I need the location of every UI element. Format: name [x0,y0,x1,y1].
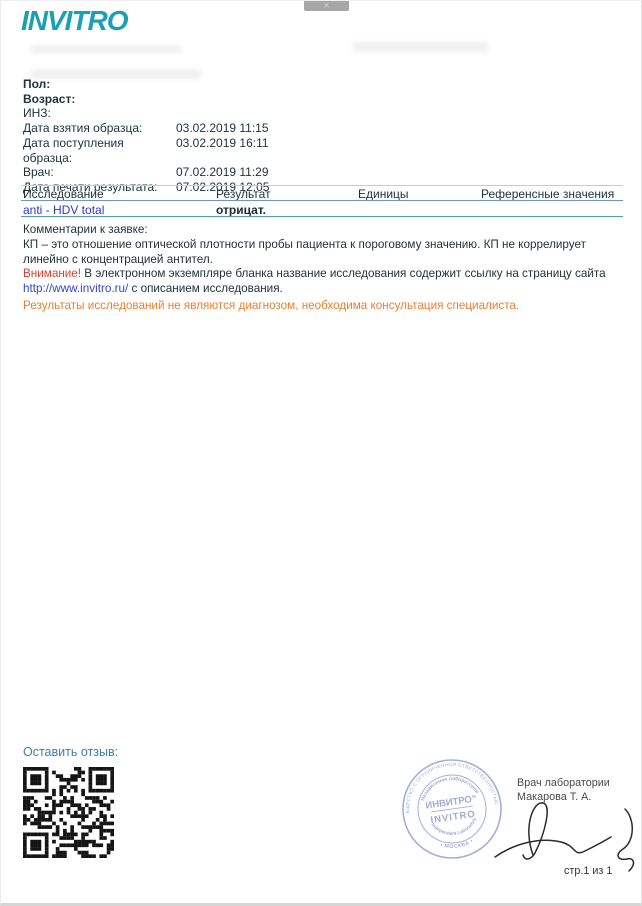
redacted-text [31,45,181,53]
info-label: Врач: [23,165,176,180]
attention-line1: Внимание! В электронном экземпляре бланк… [23,267,623,282]
table-header-units: Единицы [358,187,409,201]
viewer-toolbar-fragment[interactable]: ✕ [304,1,349,11]
info-label: Дата взятия образца: [23,121,176,136]
invitro-url-link[interactable]: http://www.invitro.ru/ [23,282,128,295]
qr-code [23,767,114,863]
info-label: Пол: [23,77,176,92]
svg-text:• МОСКВА •: • МОСКВА • [439,838,476,852]
attention-label: Внимание! [23,267,81,280]
doctor-title: Врач лаборатории [517,777,610,791]
info-label: Дата поступления образца: [23,136,176,165]
info-value: 03.02.2019 11:15 [176,121,269,136]
disclaimer-text: Результаты исследований не являются диаг… [23,298,623,313]
table-top-rule [21,185,623,186]
info-value [176,77,269,92]
table-bottom-rule [21,216,623,217]
invitro-logo: INVITRO [21,5,128,37]
info-row-inz: ИНЗ: [23,106,269,121]
table-header-rule [21,200,623,201]
info-value [176,106,269,121]
attention-note: Внимание! В электронном экземпляре бланк… [23,267,623,296]
table-header-result: Результат [216,187,271,201]
info-label: Возраст: [23,92,176,107]
stamp-outer-bottom-text: • МОСКВА • [439,838,476,852]
comments-title: Комментарии к заявке: [23,222,623,237]
page-indicator: стр.1 из 1 [564,865,612,877]
test-result-value: отрицат. [216,203,266,217]
info-label: ИНЗ: [23,106,176,121]
test-name-link[interactable]: anti - HDV total [23,203,104,217]
attention-tail: с описанием исследования. [128,282,283,295]
info-row-age: Возраст: [23,92,269,107]
info-row-sample-taken: Дата взятия образца: 03.02.2019 11:15 [23,121,269,136]
lab-report-page: ✕ INVITRO Пол: Возраст: ИНЗ: Дата взятия… [0,0,642,906]
info-value: 03.02.2019 16:11 [176,136,269,165]
info-value [176,92,269,107]
attention-line2: http://www.invitro.ru/ с описанием иссле… [23,282,623,297]
feedback-label: Оставить отзыв: [23,745,118,759]
info-row-sample-received: Дата поступления образца: 03.02.2019 16:… [23,136,269,165]
table-header-reference: Референсные значения [481,187,614,201]
redacted-text [353,42,488,52]
table-header-test: Исследование [23,187,104,201]
patient-info-block: Пол: Возраст: ИНЗ: Дата взятия образца: … [23,77,269,195]
info-value: 07.02.2019 11:29 [176,165,269,180]
comments-body: КП – это отношение оптической плотности … [23,237,623,267]
info-row-doctor: Врач: 07.02.2019 11:29 [23,165,269,180]
attention-text: В электронном экземпляре бланка название… [81,267,606,280]
info-row-sex: Пол: [23,77,269,92]
